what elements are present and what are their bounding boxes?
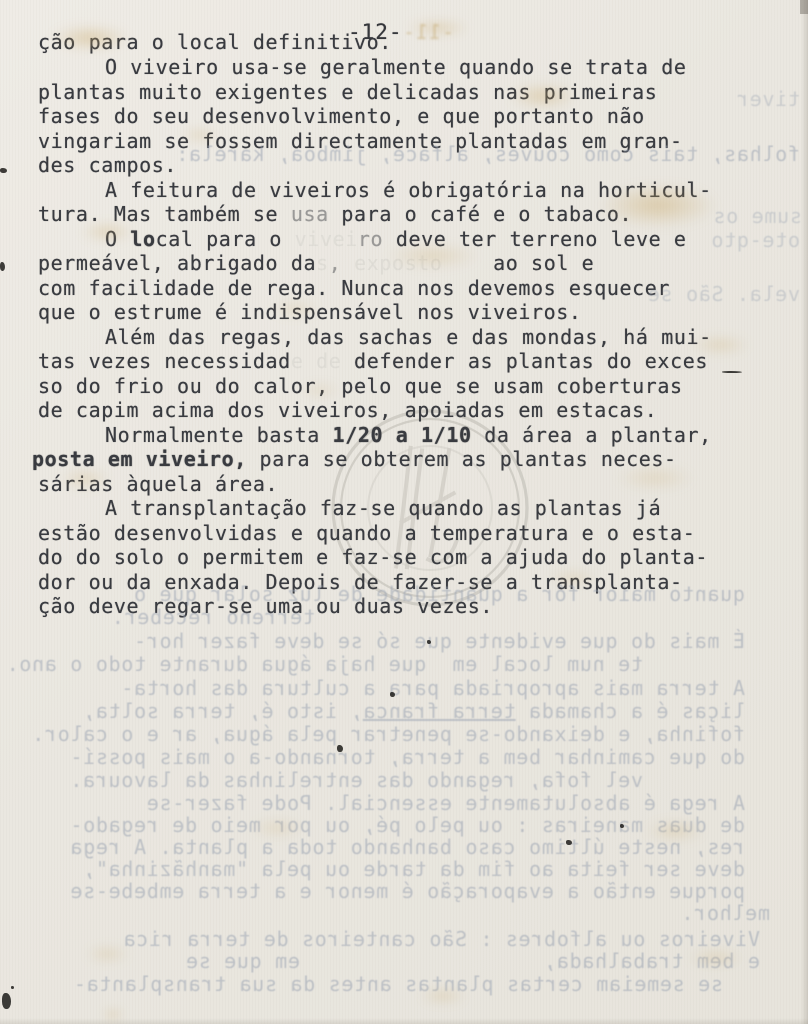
ghost-showthrough-line: quanto maior fôr a quantidade de luz sol…: [90, 583, 745, 606]
typed-text-line: que o estrume é indispensável nos viveir…: [38, 300, 582, 324]
ink-speck: [427, 640, 431, 644]
text-segment: cal para o: [156, 227, 295, 251]
ghost-showthrough-line: liças é a chamada terra franca, isto é, …: [33, 700, 745, 723]
ghost-showthrough-line: e bem trabalhada,: [430, 950, 760, 973]
ghost-showthrough-line: folhas, tais como couves, alface, jimboa…: [150, 143, 800, 166]
ghost-showthrough-line: vel fofa, regando das entrelinhas da lav…: [33, 769, 643, 792]
text-segment: e de: [291, 349, 342, 373]
text-segment: do que caminhar bem a terra, tornando-a …: [70, 745, 745, 769]
ghost-showthrough-line: A terra mais apropriada para a cultura d…: [90, 677, 745, 700]
ghost-showthrough-line: melhor.: [690, 902, 770, 925]
text-segment: , isto é, terra solta,: [82, 699, 362, 723]
typed-text-line: A feitura de viveiros é obrigatória na h…: [105, 178, 712, 202]
text-segment: deve ser feita ao fim da tarde ou pela "…: [82, 857, 745, 881]
text-segment: deve ter terreno leve e: [383, 227, 686, 251]
text-segment: É mais do que evidente que só se deve fa…: [133, 629, 745, 653]
typed-text-line: posta em viveiro, para se obterem as pla…: [32, 447, 677, 471]
ghost-showthrough-line: vela. São se: [625, 283, 800, 306]
text-segment: lo: [130, 227, 155, 251]
text-segment: A terra mais apropriada para a cultura d…: [121, 676, 745, 700]
text-segment: res, neste último caso banhando toda a p…: [70, 835, 745, 859]
text-segment: para se obterem as plantas neces-: [247, 447, 677, 471]
text-segment: em que se: [185, 949, 300, 973]
text-segment: estão desenvolvidas e quando a temperatu…: [38, 521, 695, 545]
text-segment: exposto: [341, 251, 493, 275]
text-segment: fases do seu desenvolvimento, e que port…: [38, 104, 645, 128]
ghost-showthrough-line: sume os: [690, 205, 802, 228]
text-segment: A rega é absolutamente essencial. Pode f…: [146, 791, 745, 815]
text-segment: Viveiros ou alfobres : São canteiros de …: [123, 927, 760, 951]
text-segment: ao sol e: [493, 251, 594, 275]
typed-text-line: fases do seu desenvolvimento, e que port…: [38, 104, 645, 128]
ink-speck: [2, 993, 11, 1009]
ink-speck: [0, 168, 7, 173]
ink-speck: [337, 745, 343, 752]
text-segment: A transplantação faz-se quando as planta…: [105, 496, 661, 520]
text-segment: 1/20 a 1/10: [333, 423, 472, 447]
typed-text-line: ção para o local definitivo.: [38, 30, 392, 54]
text-segment: de duas maneiras : ou pelo pé, ou por me…: [70, 813, 745, 837]
text-segment: folhas, tais como couves, alface, jimboa…: [176, 142, 800, 166]
text-segment: te num local em que haja água durante to…: [6, 652, 643, 676]
text-segment: ote-qto: [711, 228, 800, 252]
text-segment: sárias àquela área.: [38, 472, 278, 496]
text-segment: defender as plantas do exces: [341, 349, 708, 373]
ghost-showthrough-line: A rega é absolutamente essencial. Pode f…: [90, 792, 745, 815]
text-segment: e bem trabalhada,: [543, 949, 760, 973]
text-segment: sume os: [713, 204, 802, 228]
text-segment: ção para o local definitivo.: [38, 30, 392, 54]
scan-edge-shadow-right: [801, 0, 808, 1024]
text-segment: plantas muito exigentes e delicadas nas …: [38, 80, 657, 104]
text-segment: tiver: [736, 87, 800, 111]
typed-text-line: tas vezes necessidade de defender as pla…: [38, 349, 708, 373]
ghost-showthrough-line: de duas maneiras : ou pelo pé, ou por me…: [33, 814, 745, 837]
text-segment: do do solo o permitem e faz-se com a aju…: [38, 545, 708, 569]
text-segment: vel fofa, regando das entrelinhas da lav…: [70, 768, 643, 792]
ghost-showthrough-line: porque então a evaporação é menor e a te…: [33, 880, 745, 903]
text-segment: terra franca: [363, 699, 516, 723]
typed-text-line: com facilidade de rega. Nunca nos devemo…: [38, 276, 670, 300]
text-segment: terreno receber.: [111, 605, 315, 629]
text-segment: O: [105, 227, 130, 251]
text-segment: melhor.: [681, 901, 770, 925]
text-segment: Além das regas, das sachas e das mondas,…: [105, 325, 712, 349]
ink-speck: [722, 371, 742, 373]
ghost-showthrough-line: Viveiros ou alfobres : São canteiros de …: [55, 928, 760, 951]
text-segment: tas vezes necessidad: [38, 349, 291, 373]
text-segment: da área a plantar,: [472, 423, 712, 447]
text-segment: usa: [291, 202, 329, 226]
text-segment: vela. São se: [647, 282, 800, 306]
ink-speck: [390, 692, 395, 697]
text-segment: so do frio ou do calor, pelo que se usam…: [38, 374, 683, 398]
ghost-showthrough-line: te num local em que haja água durante to…: [33, 653, 643, 676]
scan-corner-artifact: [800, 0, 808, 14]
ghost-showthrough-line: ote-qto: [700, 229, 800, 252]
text-segment: O viveiro usa-se geralmente quando se tr…: [105, 55, 687, 79]
typed-text-line: do do solo o permitem e faz-se com a aju…: [38, 545, 708, 569]
text-segment: ro: [358, 227, 383, 251]
typed-text-line: tura. Mas também se usa para o café e o …: [38, 202, 632, 226]
text-segment: Normalmente basta: [105, 423, 333, 447]
text-segment: de capim acima dos viveiros, apoiadas em…: [38, 398, 657, 422]
typed-text-line: so do frio ou do calor, pelo que se usam…: [38, 374, 683, 398]
text-segment: permeável, abrigado da: [38, 251, 316, 275]
text-segment: liças é a chamada: [516, 699, 745, 723]
text-segment: vivei: [295, 227, 358, 251]
ghost-showthrough-line: É mais do que evidente que só se deve fa…: [90, 630, 745, 653]
ghost-showthrough-line: tiver: [720, 88, 800, 111]
typed-text-line: Além das regas, das sachas e das mondas,…: [105, 325, 712, 349]
text-segment: fofinha, e deixando-se penetrar pela águ…: [32, 722, 746, 746]
ghost-showthrough-line: fofinha, e deixando-se penetrar pela águ…: [33, 723, 745, 746]
ghost-showthrough-line: se semeiam certas plantas antes da sua t…: [33, 973, 723, 996]
typed-text-line: O viveiro usa-se geralmente quando se tr…: [105, 55, 687, 79]
ink-speck: [620, 824, 624, 828]
typed-text-line: Normalmente basta 1/20 a 1/10 da área a …: [105, 423, 712, 447]
typed-text-line: A transplantação faz-se quando as planta…: [105, 496, 661, 520]
text-segment: tura. Mas também se: [38, 202, 291, 226]
ghost-page-number: -11-: [402, 20, 454, 44]
typed-text-line: O local para o viveiro deve ter terreno …: [105, 227, 687, 251]
ink-speck: [0, 262, 5, 271]
typed-text-line: sárias àquela área.: [38, 472, 278, 496]
text-segment: se semeiam certas plantas antes da sua t…: [73, 972, 723, 996]
ink-speck: [566, 840, 572, 845]
typed-text-line: de capim acima dos viveiros, apoiadas em…: [38, 398, 657, 422]
scan-edge-shadow-bottom: [0, 1018, 808, 1024]
text-segment: posta em viveiro,: [32, 447, 247, 471]
typed-text-line: plantas muito exigentes e delicadas nas …: [38, 80, 657, 104]
text-segment: porque então a evaporação é menor e a te…: [70, 879, 745, 903]
ink-speck: [11, 986, 14, 989]
scanned-typewritten-page: -12- -11- ção para o local definitivo.O …: [0, 0, 808, 1024]
ghost-showthrough-line: res, neste último caso banhando toda a p…: [33, 836, 745, 859]
typed-text-line: permeável, abrigado das, exposto ao sol …: [38, 251, 594, 275]
ghost-showthrough-line: deve ser feita ao fim da tarde ou pela "…: [33, 858, 745, 881]
text-segment: s: [316, 251, 329, 275]
ghost-showthrough-line: terreno receber.: [90, 606, 315, 629]
ghost-showthrough-line: do que caminhar bem a terra, tornando-a …: [33, 746, 745, 769]
text-segment: que o estrume é indispensável nos viveir…: [38, 300, 582, 324]
ghost-showthrough-line: em que se: [85, 950, 300, 973]
text-segment: quanto maior fôr a quantidade de luz sol…: [133, 582, 745, 606]
text-segment: com facilidade de rega. Nunca nos devemo…: [38, 276, 670, 300]
typed-text-line: estão desenvolvidas e quando a temperatu…: [38, 521, 695, 545]
text-segment: A feitura de viveiros é obrigatória na h…: [105, 178, 712, 202]
text-segment: ,: [329, 251, 342, 275]
text-segment: para o café e o tabaco.: [329, 202, 632, 226]
